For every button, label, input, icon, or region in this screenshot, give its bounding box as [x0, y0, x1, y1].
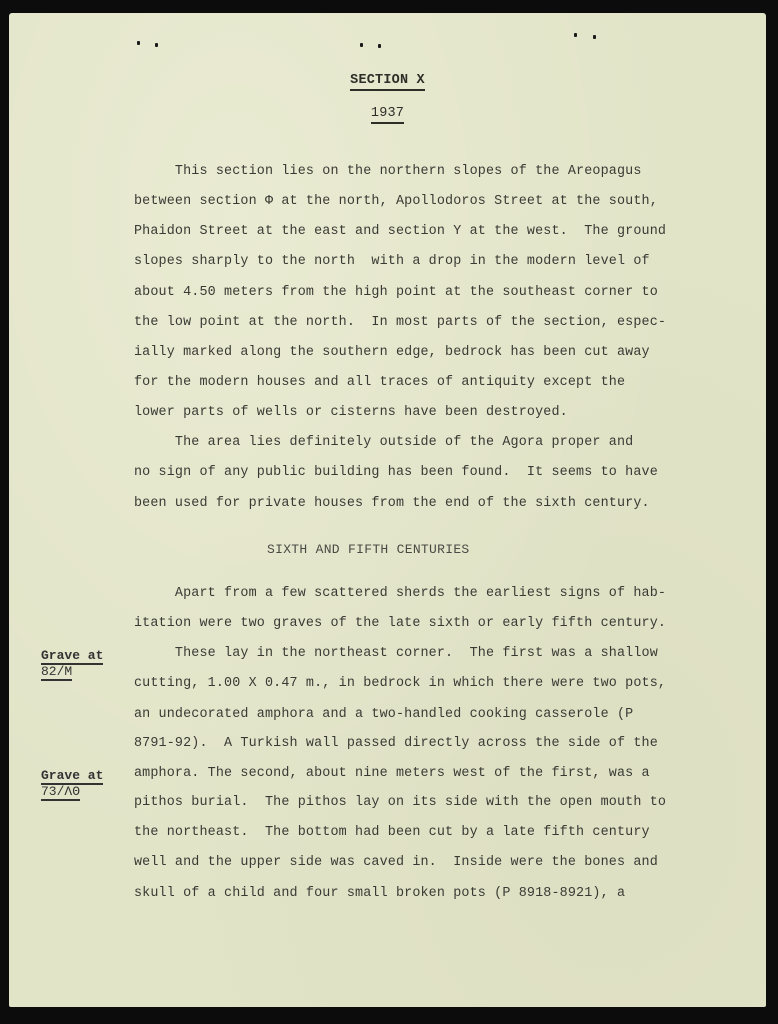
text-line: amphora. The second, about nine meters w…	[134, 766, 650, 781]
text-line: for the modern houses and all traces of …	[134, 375, 625, 390]
text-line: been used for private houses from the en…	[134, 496, 650, 511]
text-line: pithos burial. The pithos lay on its sid…	[134, 795, 666, 810]
margin-note-grave-2: Grave at 73/ΛΘ	[41, 769, 103, 801]
punch-hole-mark	[378, 44, 381, 48]
section-subheading: SIXTH AND FIFTH CENTURIES	[267, 542, 470, 557]
title-text: SECTION X	[350, 73, 425, 91]
margin-note-ref: 73/ΛΘ	[41, 785, 80, 801]
document-title: SECTION X	[9, 73, 766, 88]
year-text: 1937	[371, 106, 404, 124]
margin-note-ref: 82/M	[41, 665, 72, 681]
text-line: about 4.50 meters from the high point at…	[134, 285, 658, 300]
text-line: These lay in the northeast corner. The f…	[134, 646, 658, 661]
document-page: SECTION X 1937 This section lies on the …	[9, 13, 766, 1007]
text-line: well and the upper side was caved in. In…	[134, 855, 658, 870]
text-line: This section lies on the northern slopes…	[134, 164, 642, 179]
margin-note-grave-1: Grave at 82/M	[41, 649, 103, 681]
punch-hole-mark	[137, 41, 140, 45]
text-line: Apart from a few scattered sherds the ea…	[134, 586, 666, 601]
margin-note-label: Grave at	[41, 649, 103, 665]
text-line: between section Φ at the north, Apollodo…	[134, 194, 658, 209]
text-line: itation were two graves of the late sixt…	[134, 616, 666, 631]
punch-hole-mark	[155, 43, 158, 47]
margin-note-label: Grave at	[41, 769, 103, 785]
text-line: The area lies definitely outside of the …	[134, 435, 633, 450]
punch-hole-mark	[360, 43, 363, 47]
text-line: Phaidon Street at the east and section Y…	[134, 224, 666, 239]
text-line: lower parts of wells or cisterns have be…	[134, 405, 568, 420]
punch-hole-mark	[574, 33, 577, 37]
text-line: ially marked along the southern edge, be…	[134, 345, 650, 360]
text-line: the northeast. The bottom had been cut b…	[134, 825, 650, 840]
text-line: no sign of any public building has been …	[134, 465, 658, 480]
text-line: skull of a child and four small broken p…	[134, 886, 625, 901]
text-line: the low point at the north. In most part…	[134, 315, 666, 330]
text-line: slopes sharply to the north with a drop …	[134, 254, 650, 269]
document-year: 1937	[9, 106, 766, 121]
punch-hole-mark	[593, 35, 596, 39]
text-line: an undecorated amphora and a two-handled…	[134, 707, 633, 722]
text-line: 8791-92). A Turkish wall passed directly…	[134, 736, 658, 751]
text-line: cutting, 1.00 X 0.47 m., in bedrock in w…	[134, 676, 666, 691]
